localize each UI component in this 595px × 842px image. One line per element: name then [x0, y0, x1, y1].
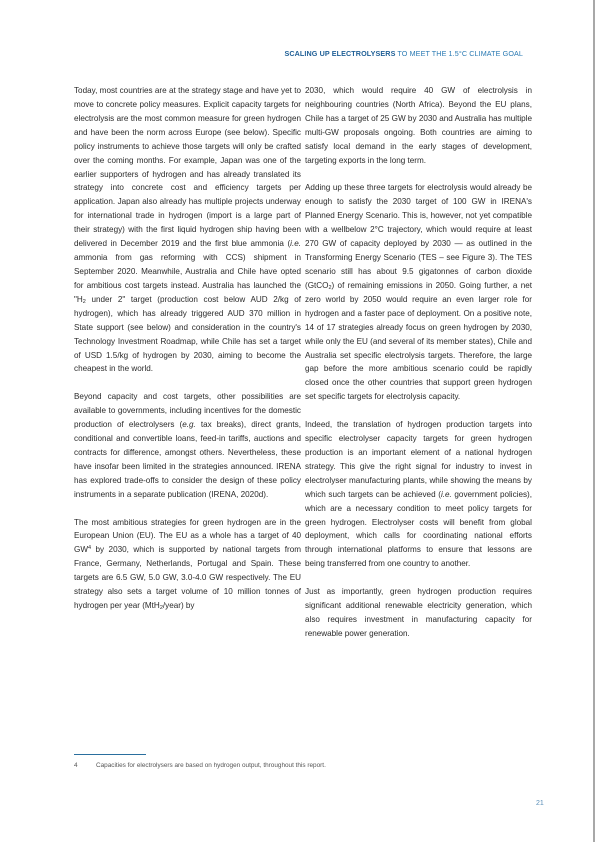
left-column: Today, most countries are at the strateg…	[74, 84, 301, 627]
italic-text: e.g.	[182, 420, 196, 429]
footnote-divider	[74, 754, 146, 755]
paragraph: Adding up these three targets for electr…	[305, 181, 532, 404]
footnote-text: Capacities for electrolysers are based o…	[96, 762, 326, 769]
text-run: government policies), which are a necess…	[305, 490, 532, 569]
paragraph: Beyond capacity and cost targets, other …	[74, 390, 301, 501]
running-header: SCALING UP ELECTROLYSERS TO MEET THE 1.5…	[284, 49, 523, 58]
text-run: Today, most countries are at the strateg…	[74, 86, 301, 248]
paragraph: 2030, which would require 40 GW of elect…	[305, 84, 532, 168]
footnote: 4Capacities for electrolysers are based …	[74, 762, 326, 769]
italic-text: i.e.	[441, 490, 452, 499]
text-run: under 2" target (production cost below A…	[74, 295, 301, 374]
footnote-number: 4	[74, 762, 96, 769]
text-run: ) of remaining emissions in 2050. Going …	[305, 281, 532, 401]
italic-text: i.e.	[290, 239, 301, 248]
paragraph: Just as importantly, green hydrogen prod…	[305, 585, 532, 641]
header-title-rest: TO MEET THE 1.5°C CLIMATE GOAL	[395, 49, 523, 58]
text-run: Adding up these three targets for electr…	[305, 183, 532, 289]
paragraph: The most ambitious strategies for green …	[74, 516, 301, 613]
document-page: SCALING UP ELECTROLYSERS TO MEET THE 1.5…	[0, 0, 595, 842]
text-run: tax breaks), direct grants, conditional …	[74, 420, 301, 499]
page-number: 21	[536, 800, 544, 807]
text-run: /year) by	[163, 601, 195, 610]
text-run: Indeed, the translation of hydrogen prod…	[305, 420, 532, 499]
header-title-bold: SCALING UP ELECTROLYSERS	[284, 49, 395, 58]
paragraph: Today, most countries are at the strateg…	[74, 84, 301, 376]
paragraph: Indeed, the translation of hydrogen prod…	[305, 418, 532, 571]
right-column: 2030, which would require 40 GW of elect…	[305, 84, 532, 655]
